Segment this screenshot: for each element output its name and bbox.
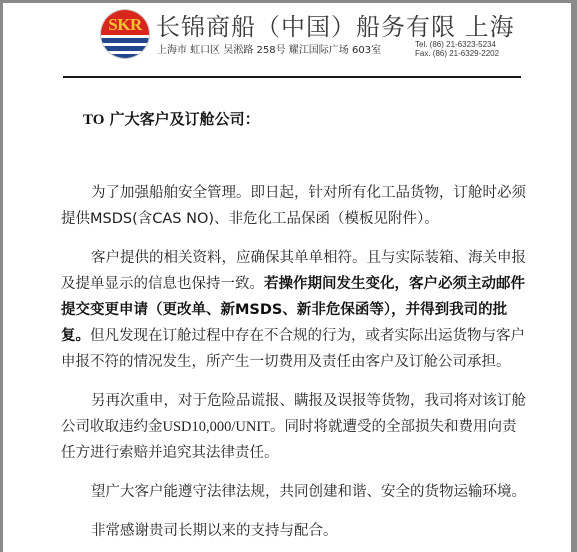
paragraph-4: 望广大客户能遵守法律法规，共同创建和谐、安全的货物运输环境。 xyxy=(61,479,531,505)
letterhead: SKR 长锦商船（中国）船务有限 上海 上海市 虹口区 吴淞路 258号 耀江国… xyxy=(100,9,520,61)
paragraph-1: 为了加强船舶安全管理。即日起，针对所有化工品货物，订舱时必须提供MSDS(含CA… xyxy=(61,180,531,232)
salutation: TO 广大客户及订舱公司： xyxy=(83,108,260,129)
telephone: Tel. (86) 21-6323-5234 xyxy=(415,40,499,49)
logo-text: SKR xyxy=(101,15,149,35)
contact-info: Tel. (86) 21-6323-5234 Fax. (86) 21-6329… xyxy=(415,40,499,58)
fax: Fax. (86) 21-6329-2202 xyxy=(415,49,499,58)
salutation-recipient: 广大客户及订舱公司： xyxy=(110,110,260,128)
paragraph-5: 非常感谢贵司长期以来的支持与配合。 xyxy=(61,518,531,544)
paragraph-2-text-end: 但凡发现在订舱过程中存在不合规的行为，或者实际出运货物与客户申报不符的情况发生，… xyxy=(61,328,525,370)
company-name: 长锦商船（中国）船务有限 上海 xyxy=(156,7,515,42)
paragraph-3: 另再次重申，对于危险品谎报、瞒报及误报等货物，我司将对该订舱公司收取违约金USD… xyxy=(61,388,531,466)
penalty-amount: USD10,000/UNIT xyxy=(163,419,271,435)
skr-logo-icon: SKR xyxy=(100,9,150,59)
company-address: 上海市 虹口区 吴淞路 258号 耀江国际广场 603室 xyxy=(157,41,381,56)
salutation-prefix: TO xyxy=(83,112,104,128)
paragraph-1-text-b: MSDS(含CAS NO)、非危化工品保函（模板见附件）。 xyxy=(90,211,439,227)
header-divider xyxy=(63,76,521,78)
paragraph-2: 客户提供的相关资料，应确保其单单相符。且与实际装箱、海关申报及提单显示的信息也保… xyxy=(61,245,531,375)
letter-body: 为了加强船舶安全管理。即日起，针对所有化工品货物，订舱时必须提供MSDS(含CA… xyxy=(61,180,531,552)
document-page: SKR 长锦商船（中国）船务有限 上海 上海市 虹口区 吴淞路 258号 耀江国… xyxy=(0,0,577,552)
